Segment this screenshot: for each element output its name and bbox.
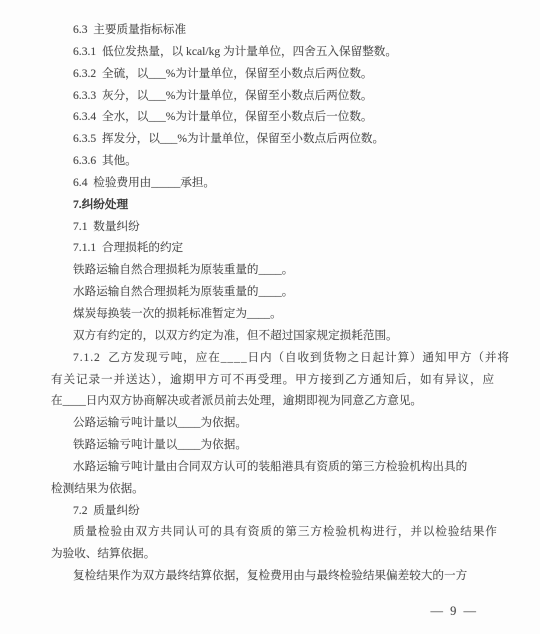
transfer-loss-line: 煤炭每换装一次的损耗标准暂定为____。 [51,303,503,325]
clause-6-3-4: 6.3.4 全水，以___%为计量单位，保留至小数点后一位数。 [51,106,503,128]
quality-inspection-line-1: 质量检验由双方共同认可的具有资质的第三方检验机构进行，并以检验结果作 [51,521,503,543]
clause-6-3-1: 6.3.1 低位发热量，以 kcal/kg 为计量单位，四舍五入保留整数。 [51,41,503,63]
page-number: — 9 — [431,604,479,619]
scanned-contract-page: 6.3 主要质量指标标准6.3.1 低位发热量，以 kcal/kg 为计量单位，… [0,0,540,634]
water-shortage-line-1: 水路运输亏吨计量由合同双方认可的装船港具有资质的第三方检验机构出具的 [51,456,503,478]
road-shortage-line: 公路运输亏吨计量以____为依据。 [51,412,503,434]
clause-6-4: 6.4 检验费用由_____承担。 [51,172,503,194]
clause-6-3-2: 6.3.2 全硫，以___%为计量单位，保留至小数点后两位数。 [51,63,503,85]
clause-6-3-5: 6.3.5 挥发分，以___%为计量单位，保留至小数点后两位数。 [51,128,503,150]
water-loss-line: 水路运输自然合理损耗为原装重量的____。 [51,281,503,303]
water-shortage-line-2: 检测结果为依据。 [51,478,503,500]
agreement-priority-line: 双方有约定的，以双方约定为准，但不超过国家规定损耗范围。 [51,325,503,347]
clause-7-1-2-line-3: 在____日内双方协商解决或者派员前去处理，逾期即视为同意乙方意见。 [51,390,503,412]
clause-6-3-heading: 6.3 主要质量指标标准 [51,19,503,41]
clause-6-3-3: 6.3.3 灰分，以___%为计量单位，保留至小数点后两位数。 [51,85,503,107]
clause-7-1-2-line-2: 有关记录一并送达），逾期甲方可不再受理。甲方接到乙方通知后，如有异议，应 [51,369,503,391]
section-7-heading: 7.纠纷处理 [51,194,503,216]
clause-7-1: 7.1 数量纠纷 [51,216,503,238]
clause-7-1-1: 7.1.1 合理损耗的约定 [51,237,503,259]
reinspection-line: 复检结果作为双方最终结算依据，复检费用由与最终检验结果偏差较大的一方 [51,565,503,587]
document-body: 6.3 主要质量指标标准6.3.1 低位发热量，以 kcal/kg 为计量单位，… [51,19,503,587]
clause-6-3-6: 6.3.6 其他。 [51,150,503,172]
clause-7-1-2-line-1: 7.1.2 乙方发现亏吨，应在____日内（自收到货物之日起计算）通知甲方（并将 [51,347,503,369]
rail-loss-line: 铁路运输自然合理损耗为原装重量的____。 [51,259,503,281]
quality-inspection-line-2: 为验收、结算依据。 [51,543,503,565]
clause-7-2: 7.2 质量纠纷 [51,500,503,522]
rail-shortage-line: 铁路运输亏吨计量以____为依据。 [51,434,503,456]
